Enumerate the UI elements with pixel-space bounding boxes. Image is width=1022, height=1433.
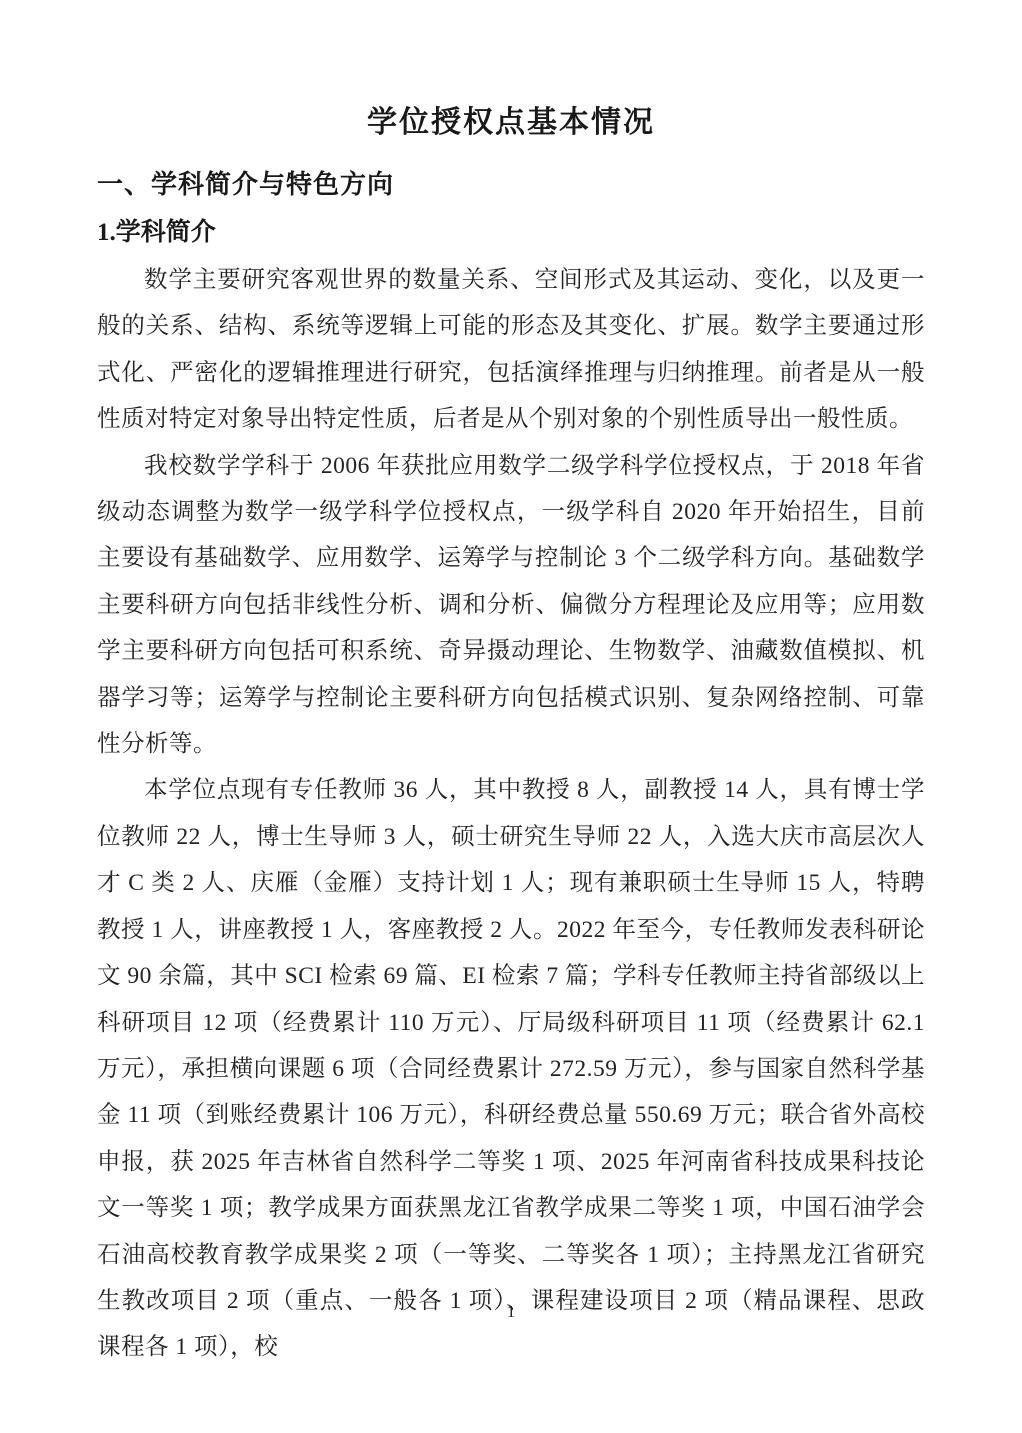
document-content: 学位授权点基本情况 一、学科简介与特色方向 1.学科简介 数学主要研究客观世界的… xyxy=(97,0,925,1371)
body-text: 数学主要研究客观世界的数量关系、空间形式及其运动、变化，以及更一般的关系、结构、… xyxy=(97,257,925,1371)
section-heading: 一、学科简介与特色方向 xyxy=(97,169,925,199)
document-title: 学位授权点基本情况 xyxy=(97,0,925,144)
paragraph: 我校数学学科于 2006 年获批应用数学二级学科学位授权点，于 2018 年省级… xyxy=(97,443,925,768)
document-page: 学位授权点基本情况 一、学科简介与特色方向 1.学科简介 数学主要研究客观世界的… xyxy=(0,0,1022,1433)
page-number: 1 xyxy=(0,1302,1022,1322)
paragraph: 数学主要研究客观世界的数量关系、空间形式及其运动、变化，以及更一般的关系、结构、… xyxy=(97,257,925,443)
paragraph: 本学位点现有专任教师 36 人，其中教授 8 人，副教授 14 人，具有博士学位… xyxy=(97,767,925,1370)
subsection-heading: 1.学科简介 xyxy=(97,218,925,248)
